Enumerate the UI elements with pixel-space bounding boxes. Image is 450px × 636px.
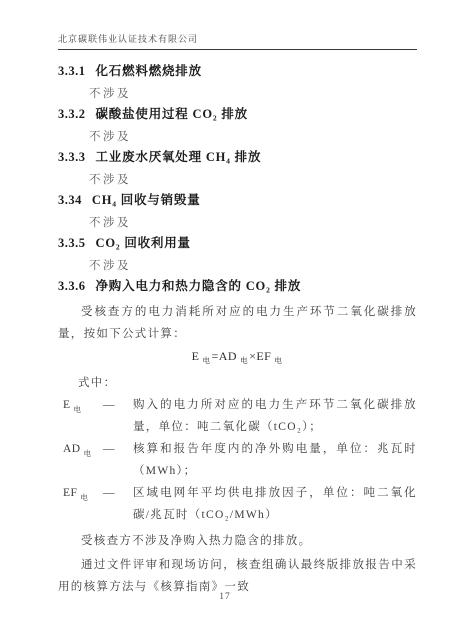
symbol-subscript: 电 xyxy=(84,449,92,458)
definition-row-e: E电 — 购入的电力所对应的电力生产环节二氧化碳排放量，单位：吨二氧化碳（tCO… xyxy=(63,394,417,438)
symbol-base: AD xyxy=(63,443,81,455)
section-3-3-5: 3.3.5CO₂ 回收利用量 不涉及 xyxy=(58,235,417,275)
section-title: CH₄ 回收与销毁量 xyxy=(92,193,201,207)
formula-subscript: 电 xyxy=(240,356,248,365)
section-number: 3.3.1 xyxy=(58,64,86,78)
section-3-3-6: 3.3.6净购入电力和热力隐含的 CO₂ 排放 受核查方的电力消耗所对应的电力生… xyxy=(58,278,417,598)
section-heading: 3.3.1化石燃料燃烧排放 xyxy=(58,63,417,80)
electricity-emission-formula: E电=AD电×EF电 xyxy=(58,345,417,372)
heat-paragraph: 受核查方不涉及净购入热力隐含的排放。 xyxy=(58,530,417,552)
formula-term: ×EF xyxy=(249,349,271,363)
definition-dash: — xyxy=(103,438,133,482)
section-body-text: 不涉及 xyxy=(89,172,417,189)
symbol-subscript: 电 xyxy=(80,493,88,502)
intro-paragraph: 受核查方的电力消耗所对应的电力生产环节二氧化碳排放量，按如下公式计算： xyxy=(58,301,417,345)
page-number: 17 xyxy=(0,592,450,602)
definition-row-ad: AD电 — 核算和报告年度内的净外购电量，单位：兆瓦时（MWh）； xyxy=(63,438,417,482)
symbol-subscript: 电 xyxy=(74,405,82,414)
section-title: 碳酸盐使用过程 CO₂ 排放 xyxy=(96,107,248,121)
symbol-base: E xyxy=(63,399,71,411)
header-company-name: 北京碳联伟业认证技术有限公司 xyxy=(58,34,198,44)
formula-subscript: 电 xyxy=(202,356,210,365)
definition-dash: — xyxy=(103,394,133,438)
definition-symbol: AD电 xyxy=(63,438,103,482)
page-header: 北京碳联伟业认证技术有限公司 xyxy=(58,34,417,50)
definition-dash: — xyxy=(103,482,133,526)
formula-term: =AD xyxy=(211,349,237,363)
section-heading: 3.3.5CO₂ 回收利用量 xyxy=(58,235,417,252)
section-number: 3.3.6 xyxy=(58,279,86,293)
section-3-3-3: 3.3.3工业废水厌氧处理 CH₄ 排放 不涉及 xyxy=(58,149,417,189)
where-label: 式中： xyxy=(78,372,417,394)
definition-symbol: E电 xyxy=(63,394,103,438)
section-heading: 3.3.6净购入电力和热力隐含的 CO₂ 排放 xyxy=(58,278,417,295)
section-number: 3.3.3 xyxy=(58,150,86,164)
section-body-text: 不涉及 xyxy=(89,129,417,146)
section-number: 3.3.2 xyxy=(58,107,86,121)
section-heading: 3.3.2碳酸盐使用过程 CO₂ 排放 xyxy=(58,106,417,123)
section-number: 3.3.5 xyxy=(58,236,86,250)
formula-term: E xyxy=(192,349,200,363)
definition-description: 购入的电力所对应的电力生产环节二氧化碳排放量，单位：吨二氧化碳（tCO₂）； xyxy=(133,394,417,438)
section-3-34: 3.34CH₄ 回收与销毁量 不涉及 xyxy=(58,192,417,232)
section-body-text: 不涉及 xyxy=(89,215,417,232)
definition-description: 核算和报告年度内的净外购电量，单位：兆瓦时（MWh）； xyxy=(133,438,417,482)
section-heading: 3.34CH₄ 回收与销毁量 xyxy=(58,192,417,209)
section-title: CO₂ 回收利用量 xyxy=(96,236,191,250)
section-title: 工业废水厌氧处理 CH₄ 排放 xyxy=(96,150,262,164)
symbol-base: EF xyxy=(63,487,77,499)
section-number: 3.34 xyxy=(58,193,82,207)
formula-subscript: 电 xyxy=(274,356,282,365)
document-page: 北京碳联伟业认证技术有限公司 3.3.1化石燃料燃烧排放 不涉及 3.3.2碳酸… xyxy=(0,0,450,636)
definition-row-ef: EF电 — 区域电网年平均供电排放因子，单位：吨二氧化碳/兆瓦时（tCO₂/MW… xyxy=(63,482,417,526)
section-title: 化石燃料燃烧排放 xyxy=(96,64,202,78)
section-body-text: 不涉及 xyxy=(89,86,417,103)
definition-description: 区域电网年平均供电排放因子，单位：吨二氧化碳/兆瓦时（tCO₂/MWh） xyxy=(133,482,417,526)
definition-symbol: EF电 xyxy=(63,482,103,526)
section-3-3-1: 3.3.1化石燃料燃烧排放 不涉及 xyxy=(58,63,417,103)
section-body-text: 不涉及 xyxy=(89,258,417,275)
section-title: 净购入电力和热力隐含的 CO₂ 排放 xyxy=(96,279,302,293)
section-heading: 3.3.3工业废水厌氧处理 CH₄ 排放 xyxy=(58,149,417,166)
section-3-3-2: 3.3.2碳酸盐使用过程 CO₂ 排放 不涉及 xyxy=(58,106,417,146)
